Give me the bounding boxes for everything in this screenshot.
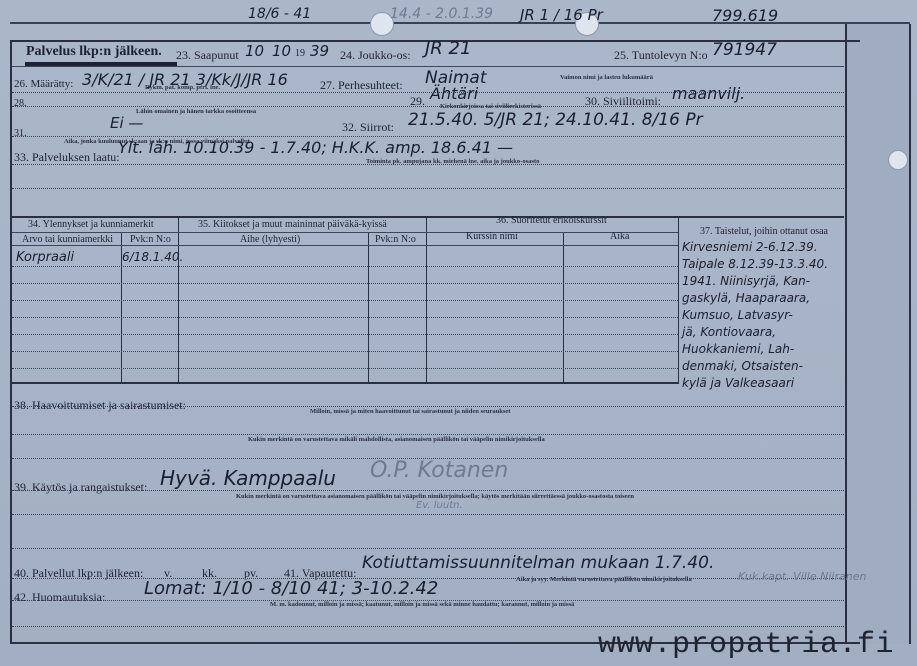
field-39-signature-title: Ev. luutn.	[416, 500, 463, 511]
punch-hole	[888, 150, 908, 170]
field-29-caption: Kirkonkirjoissa tai siviilirekisterissä	[440, 103, 541, 110]
rule	[12, 626, 844, 627]
field-29-value: Ähtäri	[430, 84, 478, 103]
section-36-col-1: Kurssin nimi	[466, 231, 518, 242]
field-38-caption: Milloin, missä ja miten haavoittunut tai…	[310, 408, 510, 415]
field-39-signature: O.P. Kotanen	[370, 458, 508, 483]
section-37-title: 37. Taistelut, joihin ottanut osaa	[700, 226, 828, 237]
top-number-note: 799.619	[712, 6, 778, 25]
battle-line: 1941. Niinisyrjä, Kan-	[682, 274, 810, 288]
watermark: www.propatria.fi	[598, 628, 894, 662]
section-title: Palvelus lkp:n jälkeen.	[26, 44, 162, 60]
section-35-col-1: Aihe (lyhyesti)	[240, 234, 300, 245]
battle-line: Taipale 8.12.39-13.3.40.	[682, 257, 828, 271]
field-32-value: 21.5.40. 5/JR 21; 24.10.41. 8/16 Pr	[408, 110, 703, 130]
top-unit-note: JR 1 / 16 Pr	[520, 6, 603, 24]
rule	[12, 216, 844, 218]
field-24-value: JR 21	[425, 38, 471, 59]
field-42-caption: M. m. kadonnut, milloin ja missä; kaatun…	[270, 601, 574, 608]
section-34-title: 34. Ylennykset ja kunniamerkit	[28, 219, 154, 230]
section-34-col-1: Arvo tai kunniamerkki	[22, 234, 113, 245]
field-41-signature: Kuk.kapt. Ville Niiranen	[738, 570, 866, 583]
rule	[12, 188, 844, 189]
rule	[12, 351, 678, 352]
field-33-value: Ylt. läh. 10.10.39 - 1.7.40; H.K.K. amp.…	[118, 138, 513, 157]
table-divider	[678, 216, 679, 384]
field-23-month: 10	[272, 42, 291, 60]
rule	[12, 136, 844, 137]
field-26-caption: Rykm. pat. komp. ptrl. lne.	[145, 84, 220, 91]
section-35-col-2: Pvk:n N:o	[375, 234, 416, 245]
field-23-year-prefix: 19	[295, 48, 305, 59]
rule	[12, 266, 678, 267]
field-33-label: 33. Palveluksen laatu:	[14, 150, 120, 165]
field-23-year: 39	[310, 42, 329, 60]
field-39-caption: Kukin merkintä on varustettava asianomai…	[236, 493, 634, 500]
rule	[12, 490, 844, 491]
rule	[12, 514, 844, 515]
rule	[12, 434, 844, 435]
field-24-label: 24. Joukko-os:	[340, 48, 411, 63]
rule	[12, 406, 844, 407]
field-27-label: 27. Perhesuhteet:	[320, 78, 403, 93]
section-34-col-2: Pvk:n N:o	[130, 234, 171, 245]
field-33-caption: Toiminta pk. ampujana kk. miehenä lne. a…	[366, 158, 539, 165]
rule	[12, 232, 678, 233]
rule	[12, 368, 678, 369]
rule	[12, 334, 678, 335]
field-23-label: 23. Saapunut	[176, 48, 239, 63]
field-39-label: 39. Käytös ja rangaistukset:	[14, 480, 147, 495]
rule	[12, 382, 678, 384]
field-25-value: 791947	[712, 40, 777, 60]
field-23-day: 10	[245, 42, 264, 60]
field-41-value: Kotiuttamissuunnitelman mukaan 1.7.40.	[362, 553, 714, 573]
section-36-title: 36. Suoritetut erikoiskurssit	[496, 215, 607, 226]
field-26-label: 26. Määrätty:	[14, 78, 73, 90]
field-28-caption: Lähin omainen ja hänen tarkka osoitteens…	[136, 108, 256, 115]
rule	[12, 300, 678, 301]
field-30-value: maanvilj.	[672, 84, 745, 103]
battle-line: Kirvesniemi 2-6.12.39.	[682, 240, 818, 254]
rule	[12, 317, 678, 318]
field-42-label: 42. Huomautuksia:	[14, 590, 105, 605]
battle-line: Kumsuo, Latvasyr-	[682, 308, 793, 322]
battle-line: gaskylä, Haaparaara,	[682, 291, 810, 305]
battle-line: jä, Kontiovaara,	[682, 325, 776, 339]
table-divider	[368, 232, 369, 382]
field-28-label: 28.	[14, 98, 27, 109]
field-42-value: Lomat: 1/10 - 8/10 41; 3-10.2.42	[144, 578, 438, 599]
battle-line: Huokkaniemi, Lah-	[682, 342, 794, 356]
table-divider	[563, 232, 564, 382]
field-38-caption-2: Kukin merkintä on varustettava mikäli ma…	[248, 436, 545, 443]
section-36-col-2: Aika	[610, 231, 629, 242]
field-41-caption: Aika ja syy. Merkintä varustettava pääll…	[516, 576, 692, 583]
section-35-title: 35. Kiitokset ja muut maininnat päiväkä-…	[198, 219, 387, 230]
rule	[12, 106, 844, 107]
field-32-label: 32. Siirrot:	[342, 120, 394, 135]
top-faded-note: 14.4 - 2.0.1.39	[390, 6, 493, 22]
rule	[12, 548, 844, 549]
rule	[12, 245, 678, 246]
field-31-value: Ei —	[110, 114, 143, 132]
rule	[12, 283, 678, 284]
field-25-label: 25. Tuntolevyn N:o	[614, 48, 708, 63]
field-39-value: Hyvä. Kamppaalu	[160, 466, 336, 490]
top-date-note: 18/6 - 41	[248, 6, 311, 22]
promotion-order-no: 6/18.1.40.	[122, 250, 183, 264]
battle-line: denmaki, Otsaisten-	[682, 359, 803, 373]
field-31-label: 31.	[14, 128, 27, 139]
field-27-caption: Vaimon nimi ja lasten lukumäärä	[560, 74, 653, 81]
promotion-rank: Korpraali	[16, 250, 74, 265]
battle-line: kylä ja Valkeasaari	[682, 376, 794, 390]
rule	[12, 66, 844, 67]
